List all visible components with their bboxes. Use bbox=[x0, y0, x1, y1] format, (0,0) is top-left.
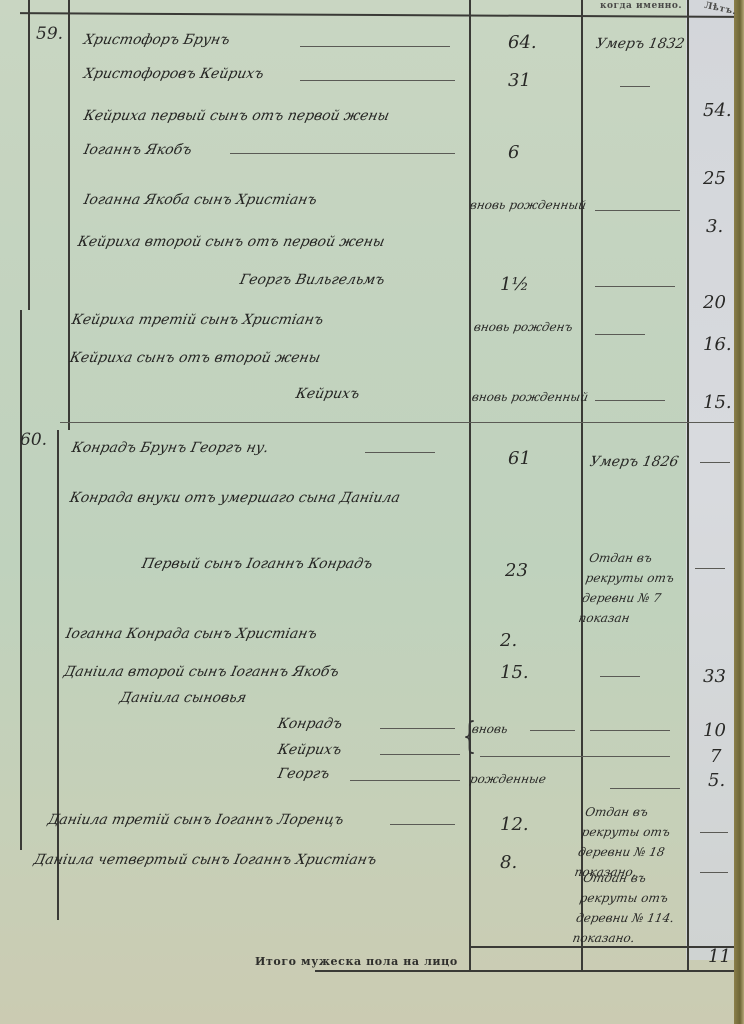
filler-dash bbox=[390, 824, 455, 825]
entry-when: Умеръ 1832 bbox=[595, 36, 686, 52]
left-margin-rule bbox=[28, 0, 30, 310]
entry-years: 3. bbox=[706, 216, 723, 237]
number-column-rule bbox=[57, 430, 59, 920]
entry-when-dash bbox=[600, 676, 640, 677]
entry-when-dash bbox=[595, 400, 665, 401]
entry-age: 8. bbox=[500, 852, 517, 873]
entry-name: Конрадъ Брунъ Георгъ ну. bbox=[70, 440, 270, 456]
entry-age: рожденные bbox=[469, 772, 547, 786]
entry-age: вновь рожденный bbox=[469, 198, 587, 212]
entry-age: 61 bbox=[508, 448, 531, 469]
entry-age: 15. bbox=[500, 662, 529, 683]
entry-name: Кейриха сынъ отъ второй жены bbox=[68, 350, 321, 366]
entry-name: Георгъ bbox=[276, 766, 331, 782]
document-page: когда именно. Лѣтъ. 59. Христофоръ Брунъ… bbox=[0, 0, 744, 1024]
entry-years-dash bbox=[695, 568, 725, 569]
entry-years: 33 bbox=[703, 666, 726, 687]
entry-years: 10 bbox=[703, 720, 726, 741]
total-male-label: Итого мужеска пола на лицо bbox=[255, 955, 458, 968]
entry-name: Іоганнъ Якобъ bbox=[82, 142, 193, 158]
name-column-rule bbox=[469, 0, 471, 970]
entry-name: Даніила четвертый сынъ Іоганнъ Христіанъ bbox=[32, 852, 378, 868]
total-row-bottom-rule bbox=[315, 970, 734, 972]
years-column-background bbox=[686, 0, 736, 960]
entry-years-dash bbox=[700, 872, 728, 873]
entry-years: 7 bbox=[710, 746, 721, 767]
household-number: 59. bbox=[36, 24, 63, 44]
filler-dash bbox=[300, 46, 450, 47]
entry-age: 12. bbox=[500, 814, 529, 835]
book-binding-edge bbox=[734, 0, 744, 1024]
entry-when-dash bbox=[590, 730, 670, 731]
entry-age: 23 bbox=[505, 560, 528, 581]
filler-dash bbox=[230, 153, 455, 154]
total-male-value: 11 bbox=[708, 946, 731, 967]
entry-when-dash bbox=[595, 286, 675, 287]
entry-age: 1½ bbox=[500, 274, 529, 295]
entry-years: 25 bbox=[703, 168, 726, 189]
filler-dash bbox=[300, 80, 455, 81]
entry-name: Іоганна Якоба сынъ Христіанъ bbox=[82, 192, 318, 208]
entry-age: 64. bbox=[508, 32, 537, 53]
entry-name: Кейриха третій сынъ Христіанъ bbox=[70, 312, 325, 328]
entry-name: Кейрихъ bbox=[294, 386, 361, 402]
entry-name: Первый сынъ Іоганнъ Конрадъ bbox=[140, 556, 374, 572]
entry-age: 2. bbox=[500, 630, 517, 651]
left-margin-rule bbox=[20, 310, 22, 850]
entry-name: Христофоровъ Кейрихъ bbox=[82, 66, 265, 82]
entry-when: Отдан въ рекруты отъ деревни № 7 показан bbox=[577, 548, 691, 628]
entry-name: Кейрихъ bbox=[276, 742, 343, 758]
entry-age: 6 bbox=[508, 142, 519, 163]
entry-years: 15. bbox=[703, 392, 732, 413]
household-number: 60. bbox=[20, 430, 47, 450]
entry-name: Конрадъ bbox=[276, 716, 343, 732]
entry-when-dash bbox=[480, 756, 670, 757]
entry-name: Даніила сыновья bbox=[118, 690, 247, 706]
entry-when: Отдан въ рекруты отъ деревни № 114. пока… bbox=[571, 868, 693, 948]
entry-name: Іоганна Конрада сынъ Христіанъ bbox=[64, 626, 318, 642]
entry-age-dash bbox=[530, 730, 575, 731]
entry-name: Христофоръ Брунъ bbox=[82, 32, 231, 48]
column-header-when: когда именно. bbox=[600, 1, 682, 11]
entry-name: Даніила второй сынъ Іоганнъ Якобъ bbox=[62, 664, 340, 680]
filler-dash bbox=[620, 86, 650, 87]
entry-name: Даніила третій сынъ Іоганнъ Лоренцъ bbox=[46, 812, 345, 828]
entry-age: 31 bbox=[508, 70, 531, 91]
entry-name: Георгъ Вильгельмъ bbox=[238, 272, 386, 288]
entry-name: Кейриха второй сынъ отъ первой жены bbox=[76, 234, 386, 250]
entry-when-dash bbox=[595, 210, 680, 211]
entry-years: 20 bbox=[703, 292, 726, 313]
header-rule bbox=[20, 12, 734, 18]
entry-years: 5. bbox=[708, 770, 725, 791]
entry-name: Кейриха первый сынъ отъ первой жены bbox=[82, 108, 390, 124]
entry-years-dash bbox=[700, 832, 728, 833]
entry-when: Умеръ 1826 bbox=[589, 454, 680, 470]
filler-dash bbox=[350, 780, 460, 781]
entry-age: вновь bbox=[471, 722, 509, 736]
entry-years: 16. bbox=[703, 334, 732, 355]
household-divider bbox=[60, 422, 734, 423]
entry-years-dash bbox=[700, 462, 730, 463]
filler-dash bbox=[365, 452, 435, 453]
filler-dash bbox=[380, 728, 455, 729]
entry-years: 54. bbox=[703, 100, 732, 121]
entry-age: вновь рожденный bbox=[471, 390, 589, 404]
entry-age: вновь рожденъ bbox=[473, 320, 574, 334]
filler-dash bbox=[380, 754, 460, 755]
entry-when-dash bbox=[610, 788, 680, 789]
entry-name: Конрада внуки отъ умершаго сына Даніила bbox=[68, 490, 401, 506]
entry-when-dash bbox=[595, 334, 645, 335]
